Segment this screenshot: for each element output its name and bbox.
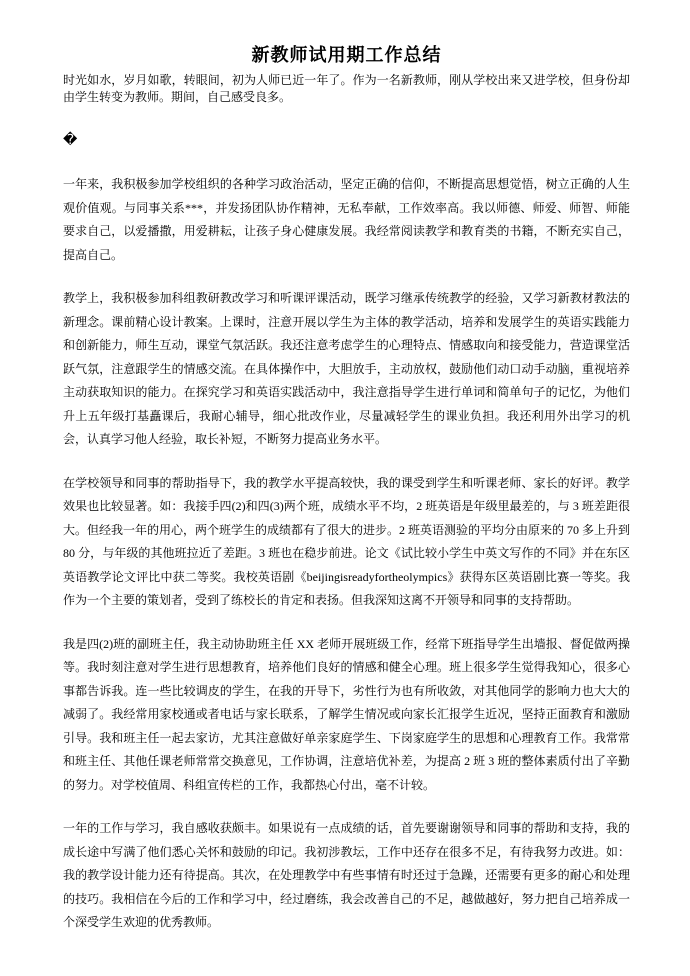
document-page: 新教师试用期工作总结 时光如水，岁月如歌，转眼间，初为人师已近一年了。作为一名新… bbox=[0, 0, 690, 976]
replacement-character-marker: � bbox=[63, 132, 630, 149]
body-paragraph-class-work: 我是四(2)班的副班主任，我主动协助班主任 XX 老师开展班级工作，经常下班指导… bbox=[63, 633, 630, 798]
body-paragraph-conclusion: 一年的工作与学习，我自感收获颇丰。如果说有一点成绩的话，首先要谢谢领导和同事的帮… bbox=[63, 817, 630, 935]
body-paragraph-results: 在学校领导和同事的帮助指导下，我的教学水平提高较快，我的课受到学生和听课老师、家… bbox=[63, 472, 630, 613]
body-paragraph-teaching: 教学上，我积极参加科组教研教改学习和听课评课活动，既学习继承传统教学的经验，又学… bbox=[63, 287, 630, 452]
document-title: 新教师试用期工作总结 bbox=[63, 42, 630, 68]
intro-paragraph: 时光如水，岁月如歌，转眼间，初为人师已近一年了。作为一名新教师，刚从学校出来又进… bbox=[63, 72, 630, 106]
body-paragraph-political-study: 一年来，我积极参加学校组织的各种学习政治活动，坚定正确的信仰，不断提高思想觉悟，… bbox=[63, 173, 630, 267]
